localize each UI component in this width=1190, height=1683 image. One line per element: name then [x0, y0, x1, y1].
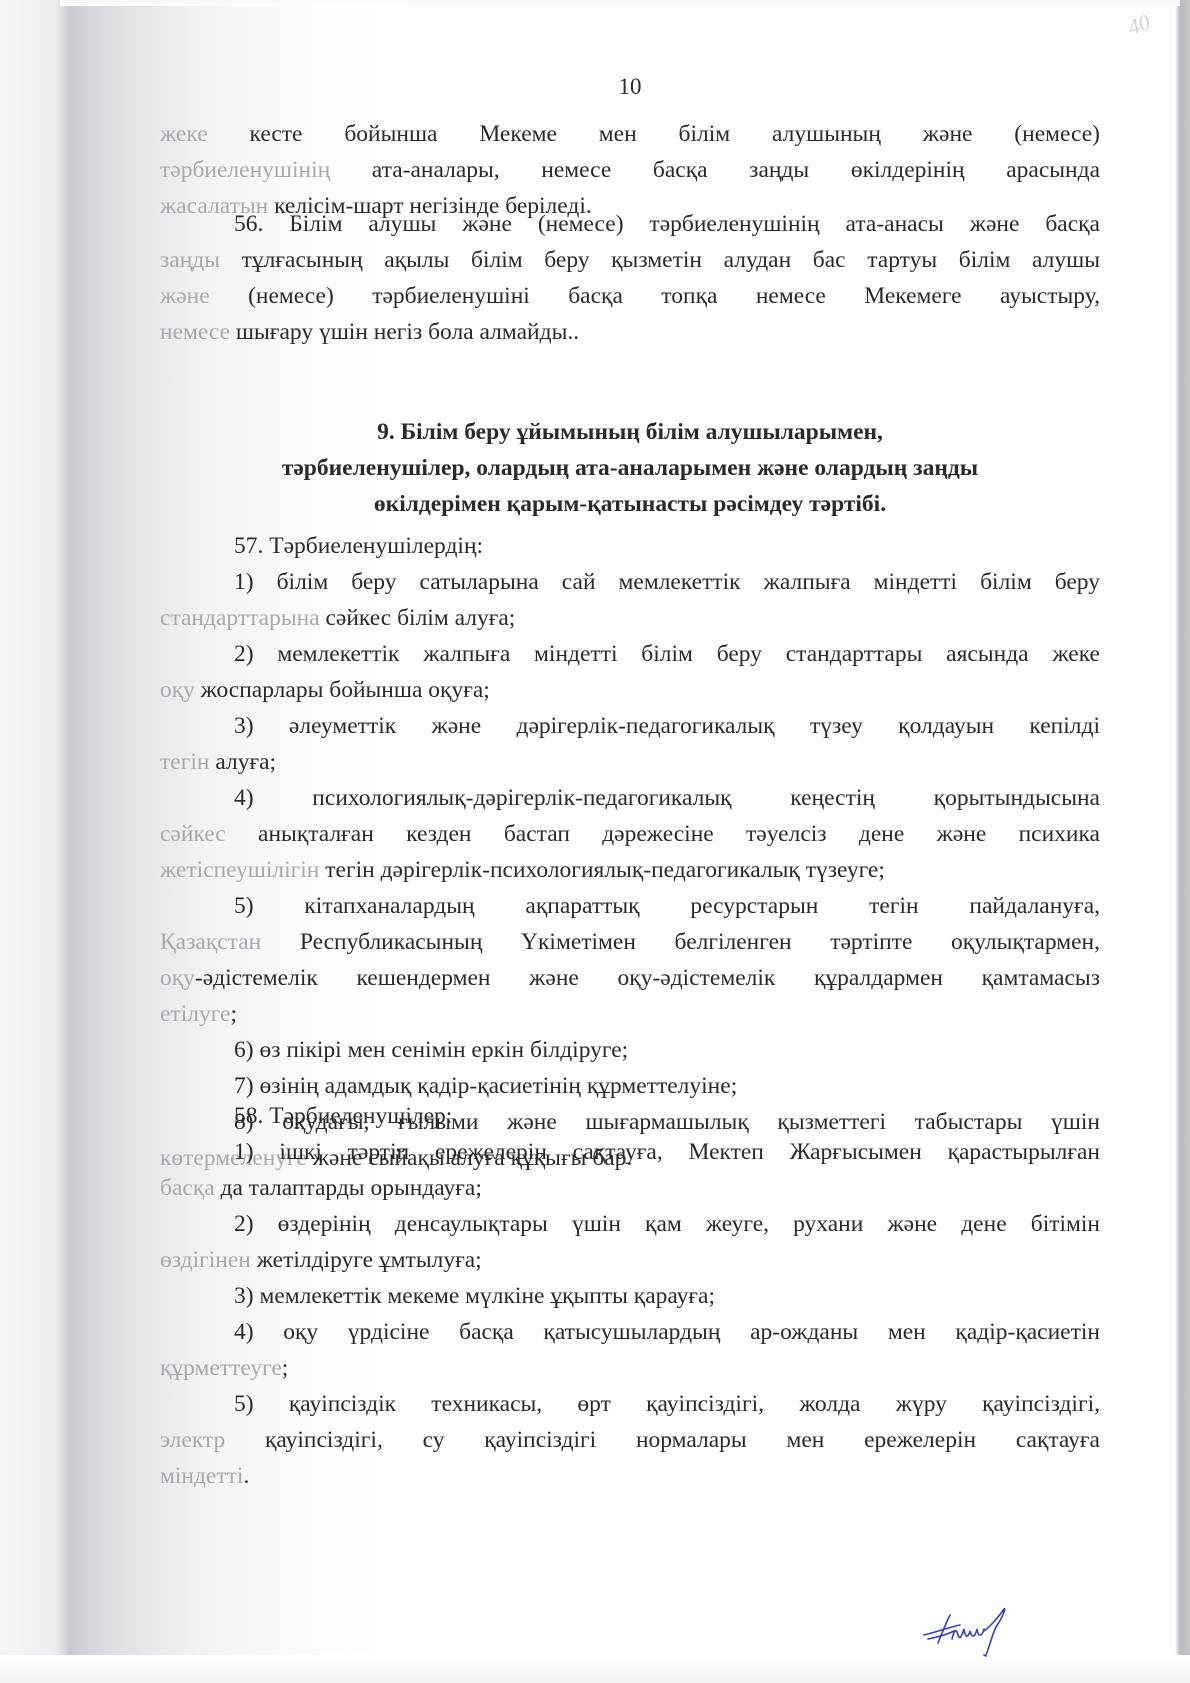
list-item: 5) кітапханалардың ақпараттық ресурстары…: [160, 888, 1100, 1032]
faded-text: стандарттарына: [160, 605, 320, 631]
text-line: 4) оқу үрдісіне басқа қатысушылардың ар-…: [160, 1314, 1100, 1350]
list-item: 1) білім беру сатыларына сай мемлекеттік…: [160, 564, 1100, 636]
list-item: 1) ішкі тәртіп ережелерін сақтауға, Мект…: [160, 1134, 1100, 1206]
line-text: 1) білім беру сатыларына сай мемлекеттік…: [234, 569, 1100, 595]
text-line: міндетті.: [160, 1458, 1100, 1494]
line-text: шығару үшін негіз бола алмайды..: [230, 319, 579, 345]
faded-text: немесе: [160, 319, 230, 345]
faded-text: жеке: [160, 121, 208, 147]
text-line: 5) кітапханалардың ақпараттық ресурстары…: [160, 888, 1100, 924]
line-text: кесте бойынша Мекеме мен білім алушының …: [208, 121, 1100, 147]
text-line: құрметтеуге;: [160, 1350, 1100, 1386]
faded-text: және: [160, 283, 210, 309]
line-text: 1) ішкі тәртіп ережелерін сақтауға, Мект…: [234, 1139, 1100, 1165]
line-text: сәйкес білім алуға;: [320, 605, 516, 631]
text-line: заңды тұлғасының ақылы білім беру қызмет…: [160, 242, 1100, 278]
line-text: (немесе) тәрбиеленушіні басқа топқа неме…: [210, 283, 1100, 309]
text-line: сәйкес анықталған кезден бастап дәрежесі…: [160, 816, 1100, 852]
text-line: 1) ішкі тәртіп ережелерін сақтауға, Мект…: [160, 1134, 1100, 1170]
text-line: 2) мемлекеттік жалпыға міндетті білім бе…: [160, 636, 1100, 672]
text-line: тәрбиеленушінің ата-аналары, немесе басқ…: [160, 152, 1100, 188]
faded-text: заңды: [160, 247, 220, 273]
text-line: Қазақстан Республикасының Үкіметімен бел…: [160, 924, 1100, 960]
scan-top-edge: [60, 0, 1180, 6]
faded-text: оқу: [160, 965, 195, 991]
line-text: 2) мемлекеттік жалпыға міндетті білім бе…: [234, 641, 1100, 667]
line-text: Республикасының Үкіметімен белгіленген т…: [261, 929, 1100, 955]
text-line: 5) қауіпсіздік техникасы, өрт қауіпсізді…: [160, 1386, 1100, 1422]
clause-58: 58. Тәрбиеленушілер:1) ішкі тәртіп ереже…: [160, 1098, 1100, 1494]
text-line: тегін алуға;: [160, 744, 1100, 780]
text-line: 2) өздерінің денсаулықтары үшін қам жеуг…: [160, 1206, 1100, 1242]
line-text: 4) психологиялық-дәрігерлік-педагогикалы…: [234, 785, 1100, 811]
list-item: 6) өз пікірі мен сенімін еркін білдіруге…: [160, 1032, 1100, 1068]
line-text: 3) мемлекеттік мекеме мүлкіне ұқыпты қар…: [234, 1283, 715, 1309]
line-text: жетілдіруге ұмтылуға;: [251, 1247, 482, 1273]
list-item: 3) әлеуметтік және дәрігерлік-педагогика…: [160, 708, 1100, 780]
line-text: 3) әлеуметтік және дәрігерлік-педагогика…: [234, 713, 1100, 739]
line-text: 5) қауіпсіздік техникасы, өрт қауіпсізді…: [234, 1391, 1100, 1417]
faded-text: өздігінен: [160, 1247, 251, 1273]
line-text: 5) кітапханалардың ақпараттық ресурстары…: [234, 893, 1100, 919]
line-text: -әдістемелік кешендермен және оқу-әдісте…: [195, 965, 1100, 991]
text-line: өздігінен жетілдіруге ұмтылуға;: [160, 1242, 1100, 1278]
text-line: 3) әлеуметтік және дәрігерлік-педагогика…: [160, 708, 1100, 744]
faded-text: оқу: [160, 677, 195, 703]
section-9-title: 9. Білім беру ұйымының білім алушыларыме…: [160, 414, 1100, 522]
faded-text: тәрбиеленушінің: [160, 157, 330, 183]
line-text: тегін дәрігерлік-психологиялық-педагогик…: [319, 857, 885, 883]
text-line: жеке кесте бойынша Мекеме мен білім алуш…: [160, 116, 1100, 152]
list-item: 2) мемлекеттік жалпыға міндетті білім бе…: [160, 636, 1100, 708]
faded-text: етілуге: [160, 1001, 230, 1027]
text-line: 6) өз пікірі мен сенімін еркін білдіруге…: [160, 1032, 1100, 1068]
line-text: 56. Білім алушы және (немесе) тәрбиелену…: [234, 211, 1100, 237]
faded-text: басқа: [160, 1175, 215, 1201]
line-text: ;: [282, 1355, 289, 1381]
list-item: 5) қауіпсіздік техникасы, өрт қауіпсізді…: [160, 1386, 1100, 1494]
list-item: 4) оқу үрдісіне басқа қатысушылардың ар-…: [160, 1314, 1100, 1386]
text-line: 4) психологиялық-дәрігерлік-педагогикалы…: [160, 780, 1100, 816]
clause-heading: 57. Тәрбиеленушілердің:: [160, 528, 1100, 564]
line-text: 6) өз пікірі мен сенімін еркін білдіруге…: [234, 1037, 628, 1063]
section-title-line: өкілдерімен қарым-қатынасты рәсімдеу тәр…: [160, 486, 1100, 522]
faded-text: электр: [160, 1427, 225, 1453]
text-line: оқу жоспарлары бойынша оқуға;: [160, 672, 1100, 708]
text-line: стандарттарына сәйкес білім алуға;: [160, 600, 1100, 636]
line-text: алуға;: [209, 749, 276, 775]
clause-57: 57. Тәрбиеленушілердің:1) білім беру сат…: [160, 528, 1100, 1176]
faded-text: міндетті: [160, 1463, 243, 1489]
line-text: тұлғасының ақылы білім беру қызметін алу…: [220, 247, 1100, 273]
text-line: немесе шығару үшін негіз бола алмайды..: [160, 314, 1100, 350]
text-line: 3) мемлекеттік мекеме мүлкіне ұқыпты қар…: [160, 1278, 1100, 1314]
text-line: және (немесе) тәрбиеленушіні басқа топқа…: [160, 278, 1100, 314]
text-line: етілуге;: [160, 996, 1100, 1032]
faded-text: құрметтеуге: [160, 1355, 282, 1381]
clause-56: 56. Білім алушы және (немесе) тәрбиелену…: [160, 206, 1100, 350]
faded-text: Қазақстан: [160, 929, 261, 955]
list-item: 2) өздерінің денсаулықтары үшін қам жеуг…: [160, 1206, 1100, 1278]
line-text: 7) өзінің адамдық қадір-қасиетінің құрме…: [234, 1073, 737, 1099]
line-text: 4) оқу үрдісіне басқа қатысушылардың ар-…: [234, 1319, 1100, 1345]
line-text: ата-аналары, немесе басқа заңды өкілдері…: [330, 157, 1100, 183]
clause-heading: 58. Тәрбиеленушілер:: [160, 1098, 1100, 1134]
list-item: 3) мемлекеттік мекеме мүлкіне ұқыпты қар…: [160, 1278, 1100, 1314]
list-item: 4) психологиялық-дәрігерлік-педагогикалы…: [160, 780, 1100, 888]
line-text: қауіпсіздігі, су қауіпсіздігі нормалары …: [225, 1427, 1100, 1453]
text-line: 1) білім беру сатыларына сай мемлекеттік…: [160, 564, 1100, 600]
text-line: электр қауіпсіздігі, су қауіпсіздігі нор…: [160, 1422, 1100, 1458]
section-title-line: 9. Білім беру ұйымының білім алушыларыме…: [160, 414, 1100, 450]
faded-text: жетіспеушілігін: [160, 857, 319, 883]
faded-text: сәйкес: [160, 821, 226, 847]
line-text: 2) өздерінің денсаулықтары үшін қам жеуг…: [234, 1211, 1100, 1237]
line-text: анықталған кезден бастап дәрежесіне тәуе…: [226, 821, 1100, 847]
line-text: да талаптарды орындауға;: [215, 1175, 482, 1201]
text-line: 56. Білім алушы және (немесе) тәрбиелену…: [160, 206, 1100, 242]
section-title-line: тәрбиеленушілер, олардың ата-аналарымен …: [160, 450, 1100, 486]
text-line: басқа да талаптарды орындауға;: [160, 1170, 1100, 1206]
line-text: жоспарлары бойынша оқуға;: [195, 677, 490, 703]
text-line: жетіспеушілігін тегін дәрігерлік-психоло…: [160, 852, 1100, 888]
faded-text: тегін: [160, 749, 209, 775]
line-text: ;: [230, 1001, 237, 1027]
text-line: оқу-әдістемелік кешендермен және оқу-әді…: [160, 960, 1100, 996]
page-number: 10: [160, 74, 1100, 100]
line-text: .: [243, 1463, 249, 1489]
signature: [920, 1605, 1030, 1661]
